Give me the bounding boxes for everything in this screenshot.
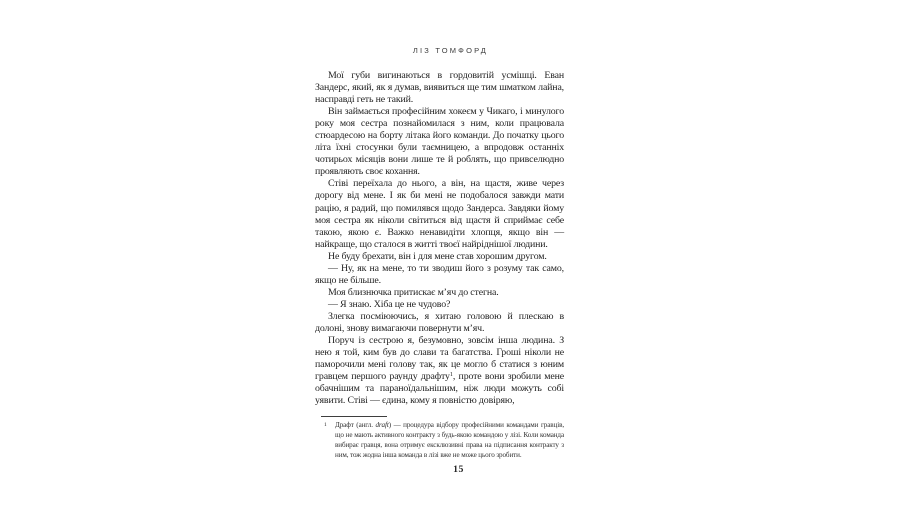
running-header: ЛІЗ ТОМФОРД [326, 46, 575, 55]
body-text: Мої губи вигинаються в гордовитій усмішц… [315, 70, 564, 407]
paragraph: Поруч із сестрою я, безумовно, зовсім ін… [315, 335, 564, 407]
paragraph: Не буду брехати, він і для мене став хор… [315, 251, 564, 263]
paragraph: Мої губи вигинаються в гордовитій усмішц… [315, 70, 564, 106]
paragraph: Моя близнючка притискає м’яч до стегна. [315, 287, 564, 299]
paragraph: Стіві переїхала до нього, а він, на щаст… [315, 178, 564, 250]
paragraph: Злегка посміюючись, я хитаю головою й пл… [315, 311, 564, 335]
footnote-divider [321, 416, 387, 417]
footnote: 1Драфт (англ. draft) — процедура відбору… [321, 421, 564, 461]
paragraph: Він займається професійним хокеєм у Чика… [315, 106, 564, 178]
footnote-marker: 1 [324, 421, 327, 431]
paragraph-dialogue: — Ну, як на мене, то ти зводиш його з ро… [315, 263, 564, 287]
book-page: ЛІЗ ТОМФОРД Мої губи вигинаються в гордо… [0, 0, 900, 510]
page-number: 15 [334, 464, 583, 475]
paragraph-dialogue: — Я знаю. Хіба це не чудово? [315, 299, 564, 311]
footnote-term-italic: draft [375, 421, 388, 429]
footnote-text: Драфт (англ. [335, 421, 375, 429]
